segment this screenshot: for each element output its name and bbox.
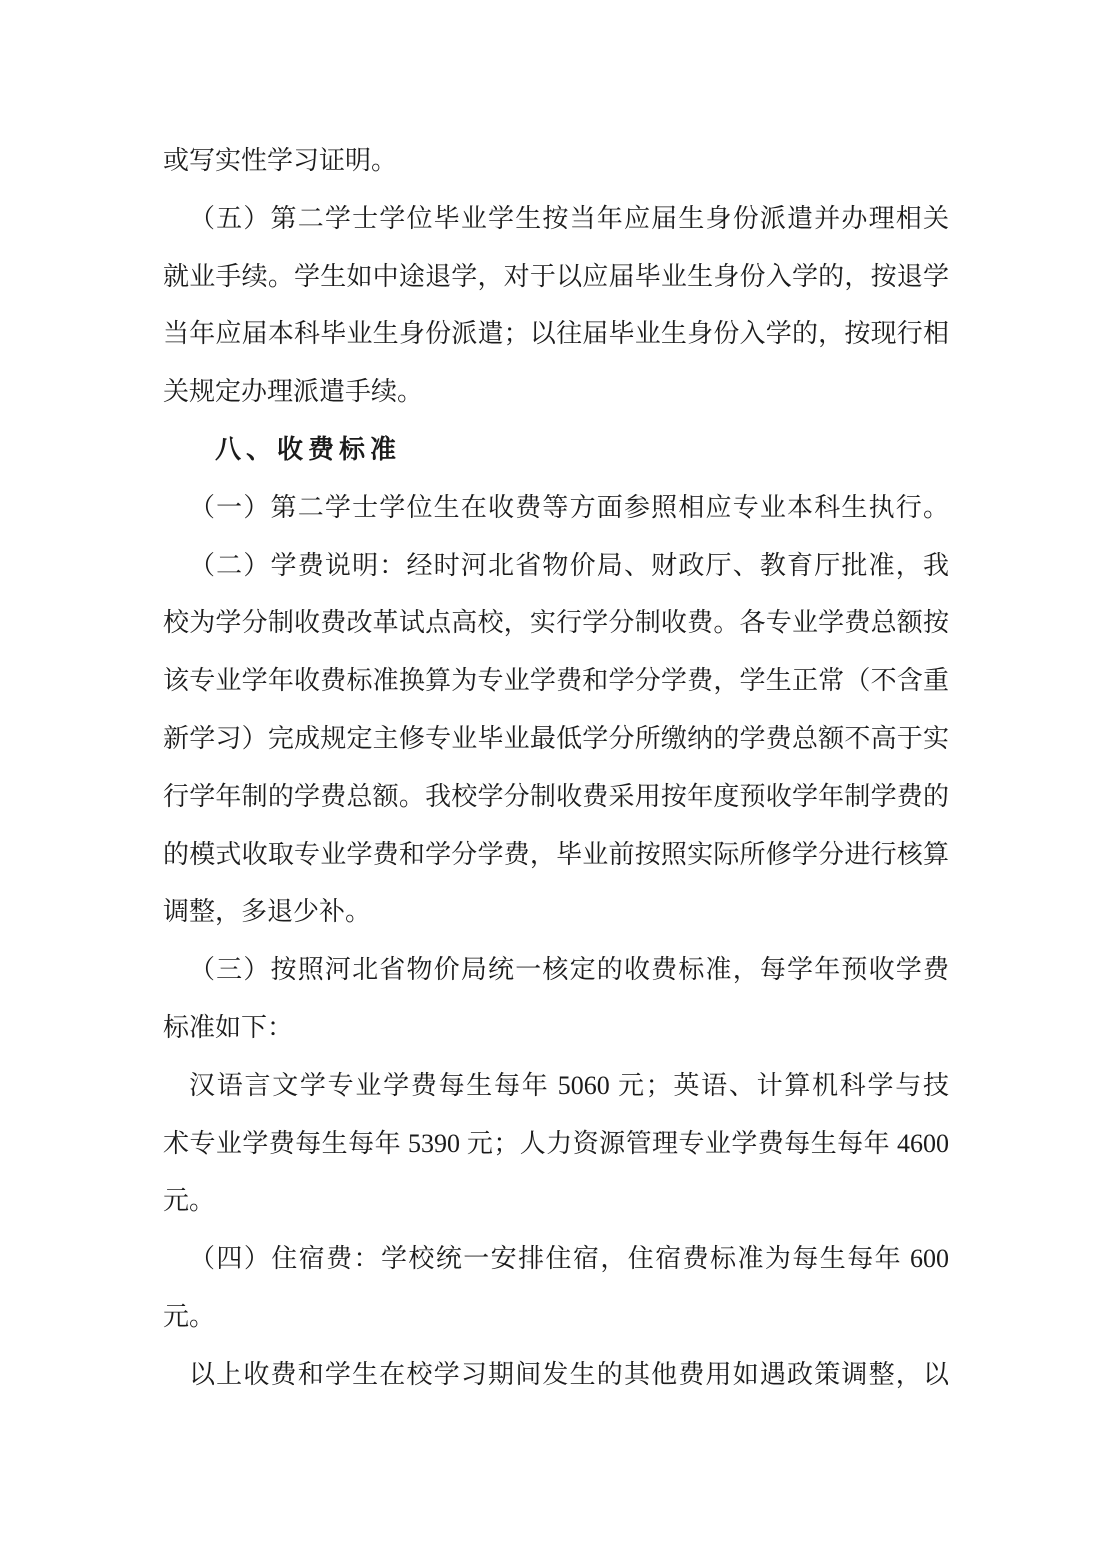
text-line: 就业手续。学生如中途退学，对于以应届毕业生身份入学的，按退学 — [163, 248, 949, 306]
text-line: 行学年制的学费总额。我校学分制收费采用按年度预收学年制学费的 — [163, 768, 949, 826]
document-body: 或写实性学习证明。 （五）第二学士学位毕业学生按当年应届生身份派遣并办理相关 就… — [163, 132, 949, 1404]
text-line: 校为学分制收费改革试点高校，实行学分制收费。各专业学费总额按 — [163, 594, 949, 652]
text-line: 当年应届本科毕业生身份派遣；以往届毕业生身份入学的，按现行相 — [163, 305, 949, 363]
text-line: （四）住宿费：学校统一安排住宿，住宿费标准为每生每年 600 — [163, 1230, 949, 1288]
document-page: 或写实性学习证明。 （五）第二学士学位毕业学生按当年应届生身份派遣并办理相关 就… — [0, 0, 1102, 1559]
text-line: 以上收费和学生在校学习期间发生的其他费用如遇政策调整，以 — [163, 1346, 949, 1404]
text-line: 该专业学年收费标准换算为专业学费和学分学费，学生正常（不含重 — [163, 652, 949, 710]
text-line: 术专业学费每生每年 5390 元；人力资源管理专业学费每生每年 4600 — [163, 1115, 949, 1173]
text-line: （二）学费说明：经时河北省物价局、财政厅、教育厅批准，我 — [163, 537, 949, 595]
text-line: 关规定办理派遣手续。 — [163, 363, 949, 421]
text-line: 的模式收取专业学费和学分学费，毕业前按照实际所修学分进行核算 — [163, 826, 949, 884]
text-line: 汉语言文学专业学费每生每年 5060 元；英语、计算机科学与技 — [163, 1057, 949, 1115]
text-line: （三）按照河北省物价局统一核定的收费标准，每学年预收学费 — [163, 941, 949, 999]
text-line: 标准如下： — [163, 999, 949, 1057]
text-line: （五）第二学士学位毕业学生按当年应届生身份派遣并办理相关 — [163, 190, 949, 248]
text-line: 新学习）完成规定主修专业毕业最低学分所缴纳的学费总额不高于实 — [163, 710, 949, 768]
text-line: 或写实性学习证明。 — [163, 132, 949, 190]
text-line: 元。 — [163, 1288, 949, 1346]
text-line: 调整，多退少补。 — [163, 883, 949, 941]
text-line: 元。 — [163, 1172, 949, 1230]
text-line: （一）第二学士学位生在收费等方面参照相应专业本科生执行。 — [163, 479, 949, 537]
section-heading: 八、收费标准 — [163, 421, 949, 479]
